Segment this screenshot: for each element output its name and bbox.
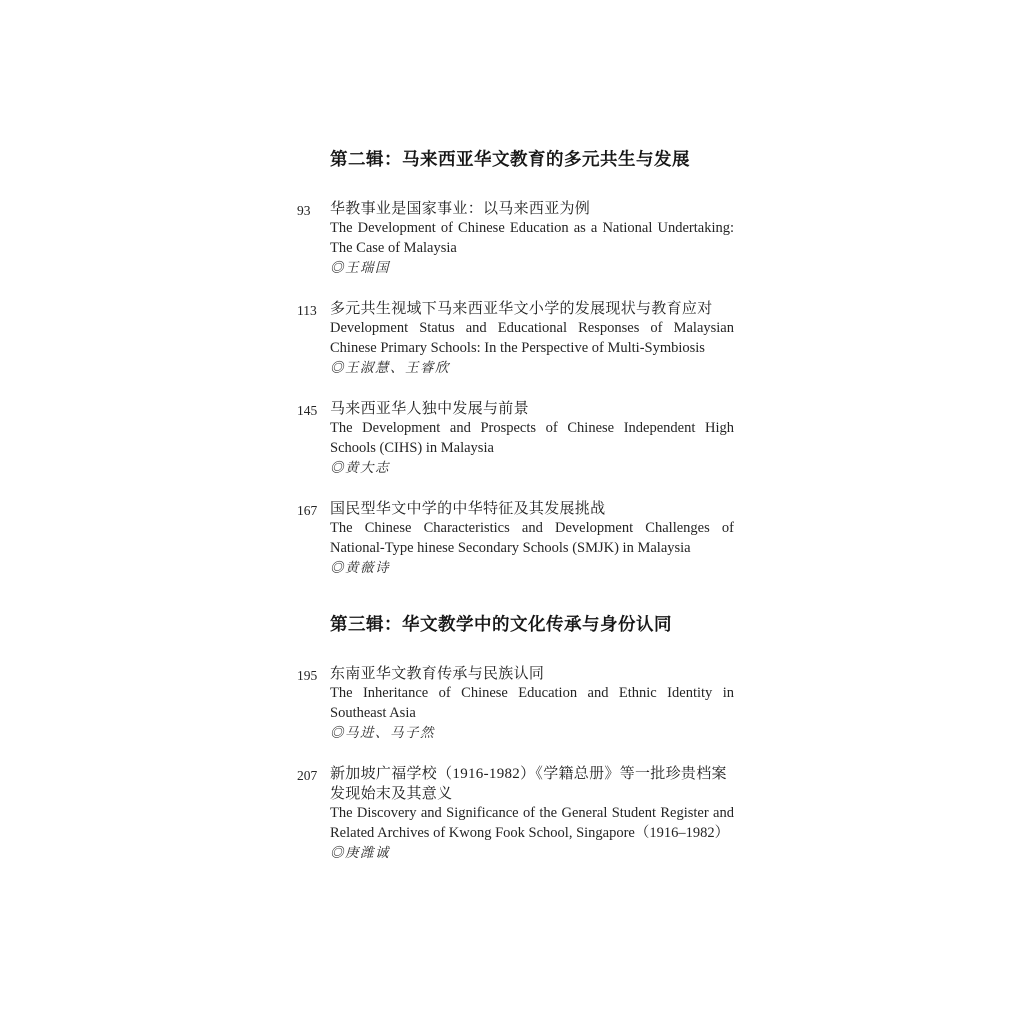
entry-authors: ◎黄薇诗 <box>330 558 734 578</box>
entry-title-en: The Development of Chinese Education as … <box>330 219 734 258</box>
entry-body: 新加坡广福学校（1916-1982）《学籍总册》等一批珍贵档案发现始末及其意义 … <box>330 764 734 863</box>
toc-entry: 93 华教事业是国家事业：以马来西亚为例 The Development of … <box>297 199 734 278</box>
entry-body: 马来西亚华人独中发展与前景 The Development and Prospe… <box>330 399 734 478</box>
entry-authors: ◎王瑞国 <box>330 258 734 278</box>
entry-page-number: 113 <box>297 299 330 378</box>
toc-entry: 167 国民型华文中学的中华特征及其发展挑战 The Chinese Chara… <box>297 499 734 578</box>
entry-title-en: The Discovery and Significance of the Ge… <box>330 804 734 843</box>
entry-page-number: 207 <box>297 764 330 863</box>
toc-content: 第二辑：马来西亚华文教育的多元共生与发展 93 华教事业是国家事业：以马来西亚为… <box>297 146 734 884</box>
entry-authors: ◎马进、马子然 <box>330 723 734 743</box>
entry-title-en: The Chinese Characteristics and Developm… <box>330 519 734 558</box>
entry-body: 国民型华文中学的中华特征及其发展挑战 The Chinese Character… <box>330 499 734 578</box>
toc-entry: 195 东南亚华文教育传承与民族认同 The Inheritance of Ch… <box>297 664 734 743</box>
toc-section-2: 第二辑：马来西亚华文教育的多元共生与发展 93 华教事业是国家事业：以马来西亚为… <box>297 146 734 578</box>
entry-title-zh: 华教事业是国家事业：以马来西亚为例 <box>330 199 734 219</box>
entry-page-number: 93 <box>297 199 330 278</box>
entry-title-zh: 马来西亚华人独中发展与前景 <box>330 399 734 419</box>
toc-entry: 145 马来西亚华人独中发展与前景 The Development and Pr… <box>297 399 734 478</box>
entry-title-zh: 新加坡广福学校（1916-1982）《学籍总册》等一批珍贵档案发现始末及其意义 <box>330 764 734 804</box>
section-heading: 第三辑：华文教学中的文化传承与身份认同 <box>330 611 734 637</box>
toc-page: 第二辑：马来西亚华文教育的多元共生与发展 93 华教事业是国家事业：以马来西亚为… <box>0 0 1024 1024</box>
entry-title-zh: 多元共生视域下马来西亚华文小学的发展现状与教育应对 <box>330 299 734 319</box>
entry-page-number: 195 <box>297 664 330 743</box>
entry-authors: ◎王淑慧、王睿欣 <box>330 358 734 378</box>
entry-title-en: Development Status and Educational Respo… <box>330 319 734 358</box>
entry-title-zh: 国民型华文中学的中华特征及其发展挑战 <box>330 499 734 519</box>
entry-title-en: The Development and Prospects of Chinese… <box>330 419 734 458</box>
entry-body: 东南亚华文教育传承与民族认同 The Inheritance of Chines… <box>330 664 734 743</box>
entry-authors: ◎黄大志 <box>330 458 734 478</box>
entry-body: 华教事业是国家事业：以马来西亚为例 The Development of Chi… <box>330 199 734 278</box>
toc-section-3: 第三辑：华文教学中的文化传承与身份认同 195 东南亚华文教育传承与民族认同 T… <box>297 611 734 863</box>
entry-title-en: The Inheritance of Chinese Education and… <box>330 684 734 723</box>
entry-page-number: 145 <box>297 399 330 478</box>
entry-page-number: 167 <box>297 499 330 578</box>
toc-entry: 207 新加坡广福学校（1916-1982）《学籍总册》等一批珍贵档案发现始末及… <box>297 764 734 863</box>
entry-authors: ◎庚潍诚 <box>330 843 734 863</box>
entry-title-zh: 东南亚华文教育传承与民族认同 <box>330 664 734 684</box>
toc-entry: 113 多元共生视域下马来西亚华文小学的发展现状与教育应对 Developmen… <box>297 299 734 378</box>
section-heading: 第二辑：马来西亚华文教育的多元共生与发展 <box>330 146 734 172</box>
entry-body: 多元共生视域下马来西亚华文小学的发展现状与教育应对 Development St… <box>330 299 734 378</box>
